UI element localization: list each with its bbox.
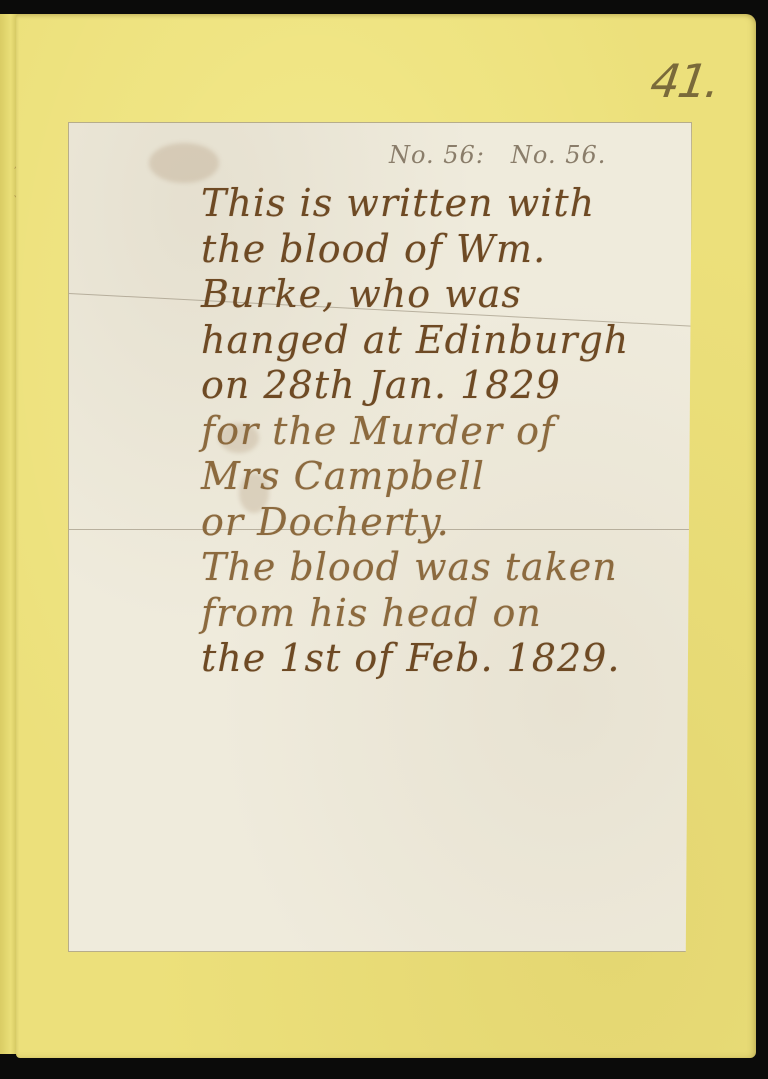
reference-number: No. 56: (389, 141, 485, 169)
inscription-line: This is written with (201, 181, 629, 227)
reference-number: No. 56. (511, 141, 606, 169)
inscription-line: hanged at Edinburgh (201, 318, 629, 364)
album-mount-leaf: 41. No. 56:No. 56. This is written with … (16, 14, 756, 1058)
inscription-line: on 28th Jan. 1829 (201, 363, 629, 409)
inscription-line: Burke, who was (201, 272, 629, 318)
handwritten-inscription: This is written with the blood of Wm. Bu… (201, 181, 629, 682)
catalogue-reference-numbers: No. 56:No. 56. (389, 141, 606, 169)
inscription-line: Mrs Campbell (201, 454, 629, 500)
inscription-line: the blood of Wm. (201, 227, 629, 273)
inscription-line: or Docherty. (201, 500, 629, 546)
folio-number: 41. (647, 54, 722, 108)
inscription-line: from his head on (201, 591, 629, 637)
inscription-line: The blood was taken (201, 545, 629, 591)
inscription-line: the 1st of Feb. 1829. (201, 636, 629, 682)
inscription-line: for the Murder of (201, 409, 629, 455)
paper-stain (149, 143, 219, 183)
document-viewer: 41. No. 56:No. 56. This is written with … (0, 0, 768, 1079)
pasted-manuscript-paper: No. 56:No. 56. This is written with the … (68, 122, 692, 952)
